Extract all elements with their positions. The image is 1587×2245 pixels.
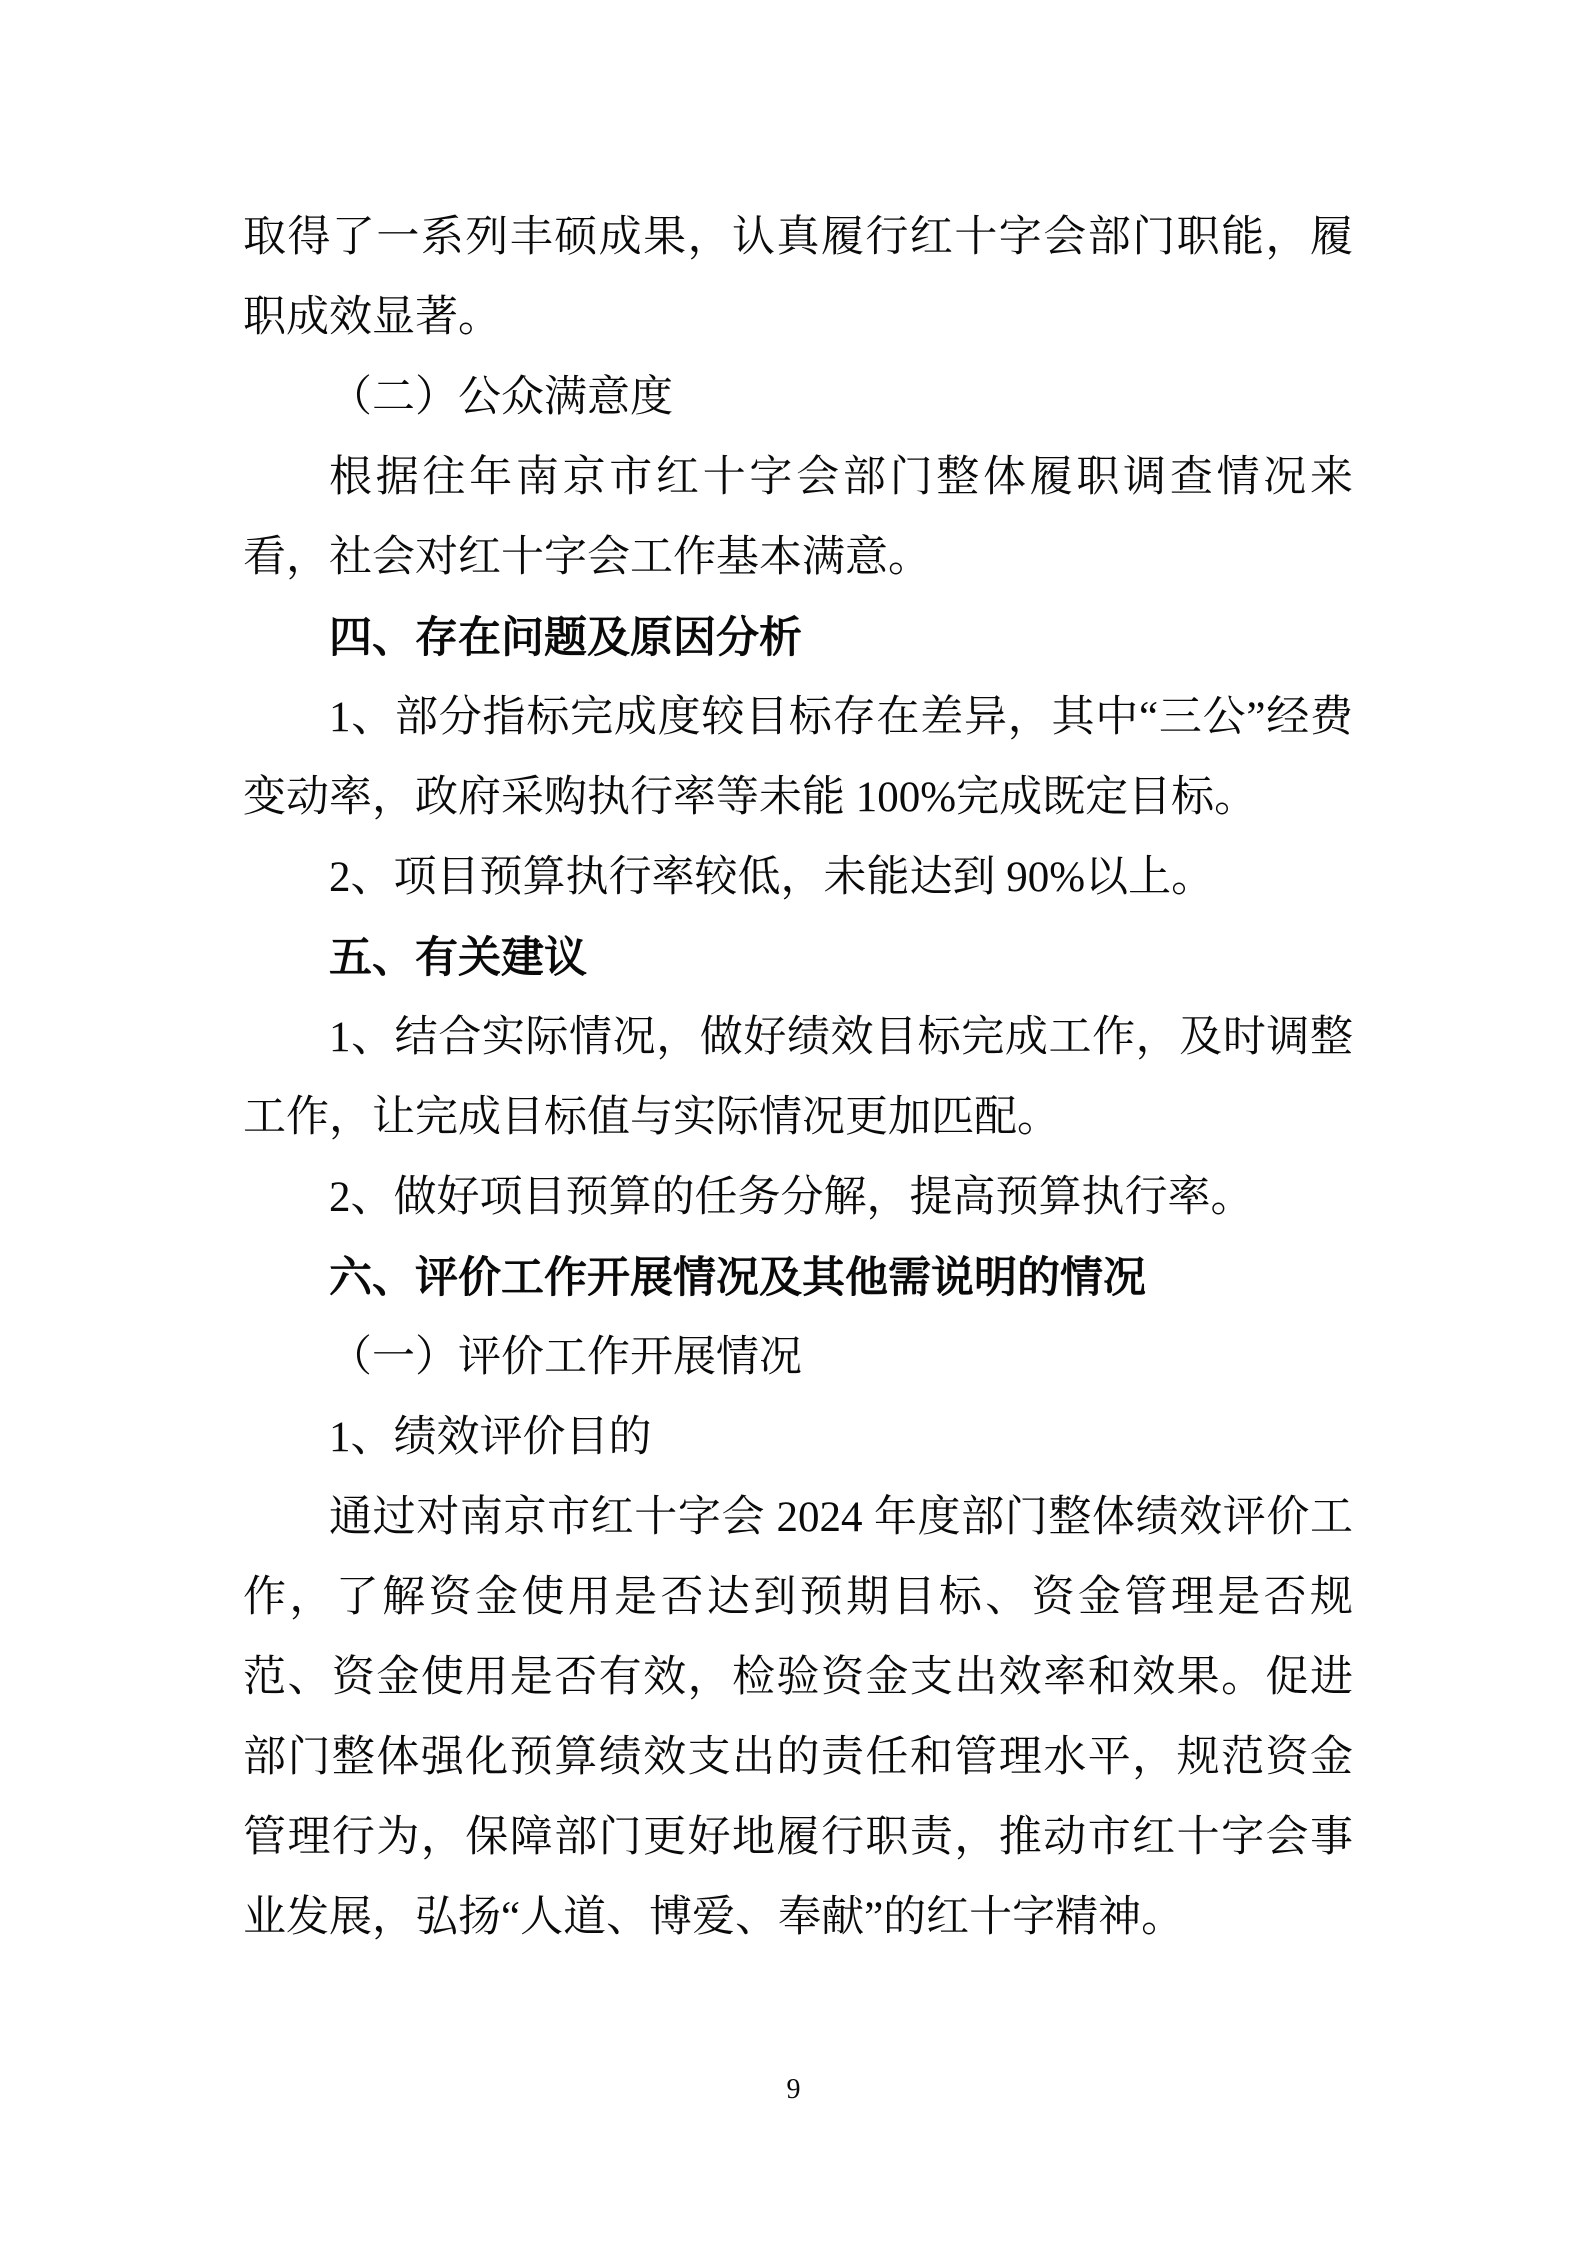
page-number: 9 (0, 2070, 1587, 2110)
subheading-evaluation-purpose: 1、绩效评价目的 (243, 1398, 1353, 1478)
paragraph-problem-2: 2、项目预算执行率较低，未能达到 90%以上。 (243, 838, 1353, 918)
subheading-evaluation-overview: （一）评价工作开展情况 (243, 1318, 1353, 1398)
heading-section-4-problems: 四、存在问题及原因分析 (243, 598, 1353, 678)
document-body: 取得了一系列丰硕成果，认真履行红十字会部门职能，履职成效显著。 （二）公众满意度… (243, 198, 1353, 1958)
paragraph-suggestion-2: 2、做好项目预算的任务分解，提高预算执行率。 (243, 1158, 1353, 1238)
heading-section-6-evaluation: 六、评价工作开展情况及其他需说明的情况 (243, 1238, 1353, 1318)
paragraph-achievements-continued: 取得了一系列丰硕成果，认真履行红十字会部门职能，履职成效显著。 (243, 198, 1353, 358)
document-page: 取得了一系列丰硕成果，认真履行红十字会部门职能，履职成效显著。 （二）公众满意度… (0, 0, 1587, 2245)
heading-section-5-suggestions: 五、有关建议 (243, 918, 1353, 998)
subheading-public-satisfaction: （二）公众满意度 (243, 358, 1353, 438)
paragraph-problem-1: 1、部分指标完成度较目标存在差异，其中“三公”经费变动率，政府采购执行率等未能 … (243, 678, 1353, 838)
paragraph-evaluation-purpose: 通过对南京市红十字会 2024 年度部门整体绩效评价工作，了解资金使用是否达到预… (243, 1478, 1353, 1958)
paragraph-public-satisfaction: 根据往年南京市红十字会部门整体履职调查情况来看，社会对红十字会工作基本满意。 (243, 438, 1353, 598)
paragraph-suggestion-1: 1、结合实际情况，做好绩效目标完成工作，及时调整工作，让完成目标值与实际情况更加… (243, 998, 1353, 1158)
